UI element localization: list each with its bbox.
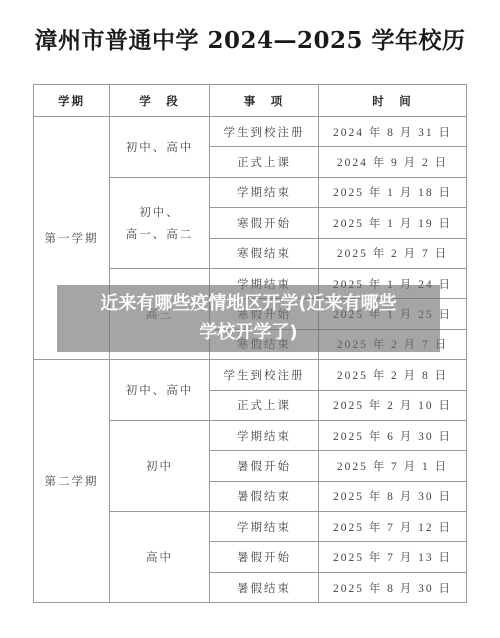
stage-cell: 初中、高中 (110, 117, 210, 178)
semester-cell: 第二学期 (34, 360, 110, 603)
overlay-line-1: 近来有哪些疫情地区开学(近来有哪些 (57, 289, 440, 318)
headline-overlay-banner: 近来有哪些疫情地区开学(近来有哪些 学校开学了) (57, 285, 440, 352)
table-row: 第二学期 初中、高中 学生到校注册 2025 年 2 月 8 日 (34, 360, 467, 390)
event-date: 2025 年 8 月 30 日 (319, 481, 467, 511)
event-date: 2025 年 1 月 18 日 (319, 177, 467, 207)
event-item: 学期结束 (210, 512, 319, 542)
stage-cell: 初中、高中 (110, 360, 210, 421)
header-semester: 学期 (34, 85, 110, 117)
document-title: 漳州市普通中学 2024—2025 学年校历 (0, 22, 500, 55)
event-item: 正式上课 (210, 147, 319, 177)
event-item: 学期结束 (210, 420, 319, 450)
event-date: 2025 年 2 月 8 日 (319, 360, 467, 390)
stage-cell: 高中 (110, 512, 210, 603)
overlay-line-2: 学校开学了) (57, 318, 440, 347)
event-item: 学生到校注册 (210, 360, 319, 390)
event-item: 学期结束 (210, 177, 319, 207)
event-item: 学生到校注册 (210, 117, 319, 147)
header-time: 时 间 (319, 85, 467, 117)
table-row: 第一学期 初中、高中 学生到校注册 2024 年 8 月 31 日 (34, 117, 467, 147)
event-item: 寒假开始 (210, 208, 319, 238)
event-date: 2025 年 6 月 30 日 (319, 420, 467, 450)
event-date: 2024 年 9 月 2 日 (319, 147, 467, 177)
event-date: 2025 年 2 月 7 日 (319, 238, 467, 268)
event-item: 暑假开始 (210, 451, 319, 481)
event-date: 2025 年 7 月 13 日 (319, 542, 467, 572)
event-date: 2025 年 1 月 19 日 (319, 208, 467, 238)
event-item: 寒假结束 (210, 238, 319, 268)
header-stage: 学 段 (110, 85, 210, 117)
event-date: 2025 年 2 月 10 日 (319, 390, 467, 420)
header-item: 事 项 (210, 85, 319, 117)
event-item: 暑假开始 (210, 542, 319, 572)
event-date: 2024 年 8 月 31 日 (319, 117, 467, 147)
event-item: 暑假结束 (210, 481, 319, 511)
event-item: 正式上课 (210, 390, 319, 420)
stage-cell: 初中 (110, 420, 210, 511)
table-header-row: 学期 学 段 事 项 时 间 (34, 85, 467, 117)
event-item: 暑假结束 (210, 572, 319, 602)
event-date: 2025 年 8 月 30 日 (319, 572, 467, 602)
stage-cell: 初中、 高一、高二 (110, 177, 210, 268)
event-date: 2025 年 7 月 12 日 (319, 512, 467, 542)
stage-line: 高一、高二 (110, 226, 209, 242)
event-date: 2025 年 7 月 1 日 (319, 451, 467, 481)
stage-line: 初中、 (110, 204, 209, 220)
